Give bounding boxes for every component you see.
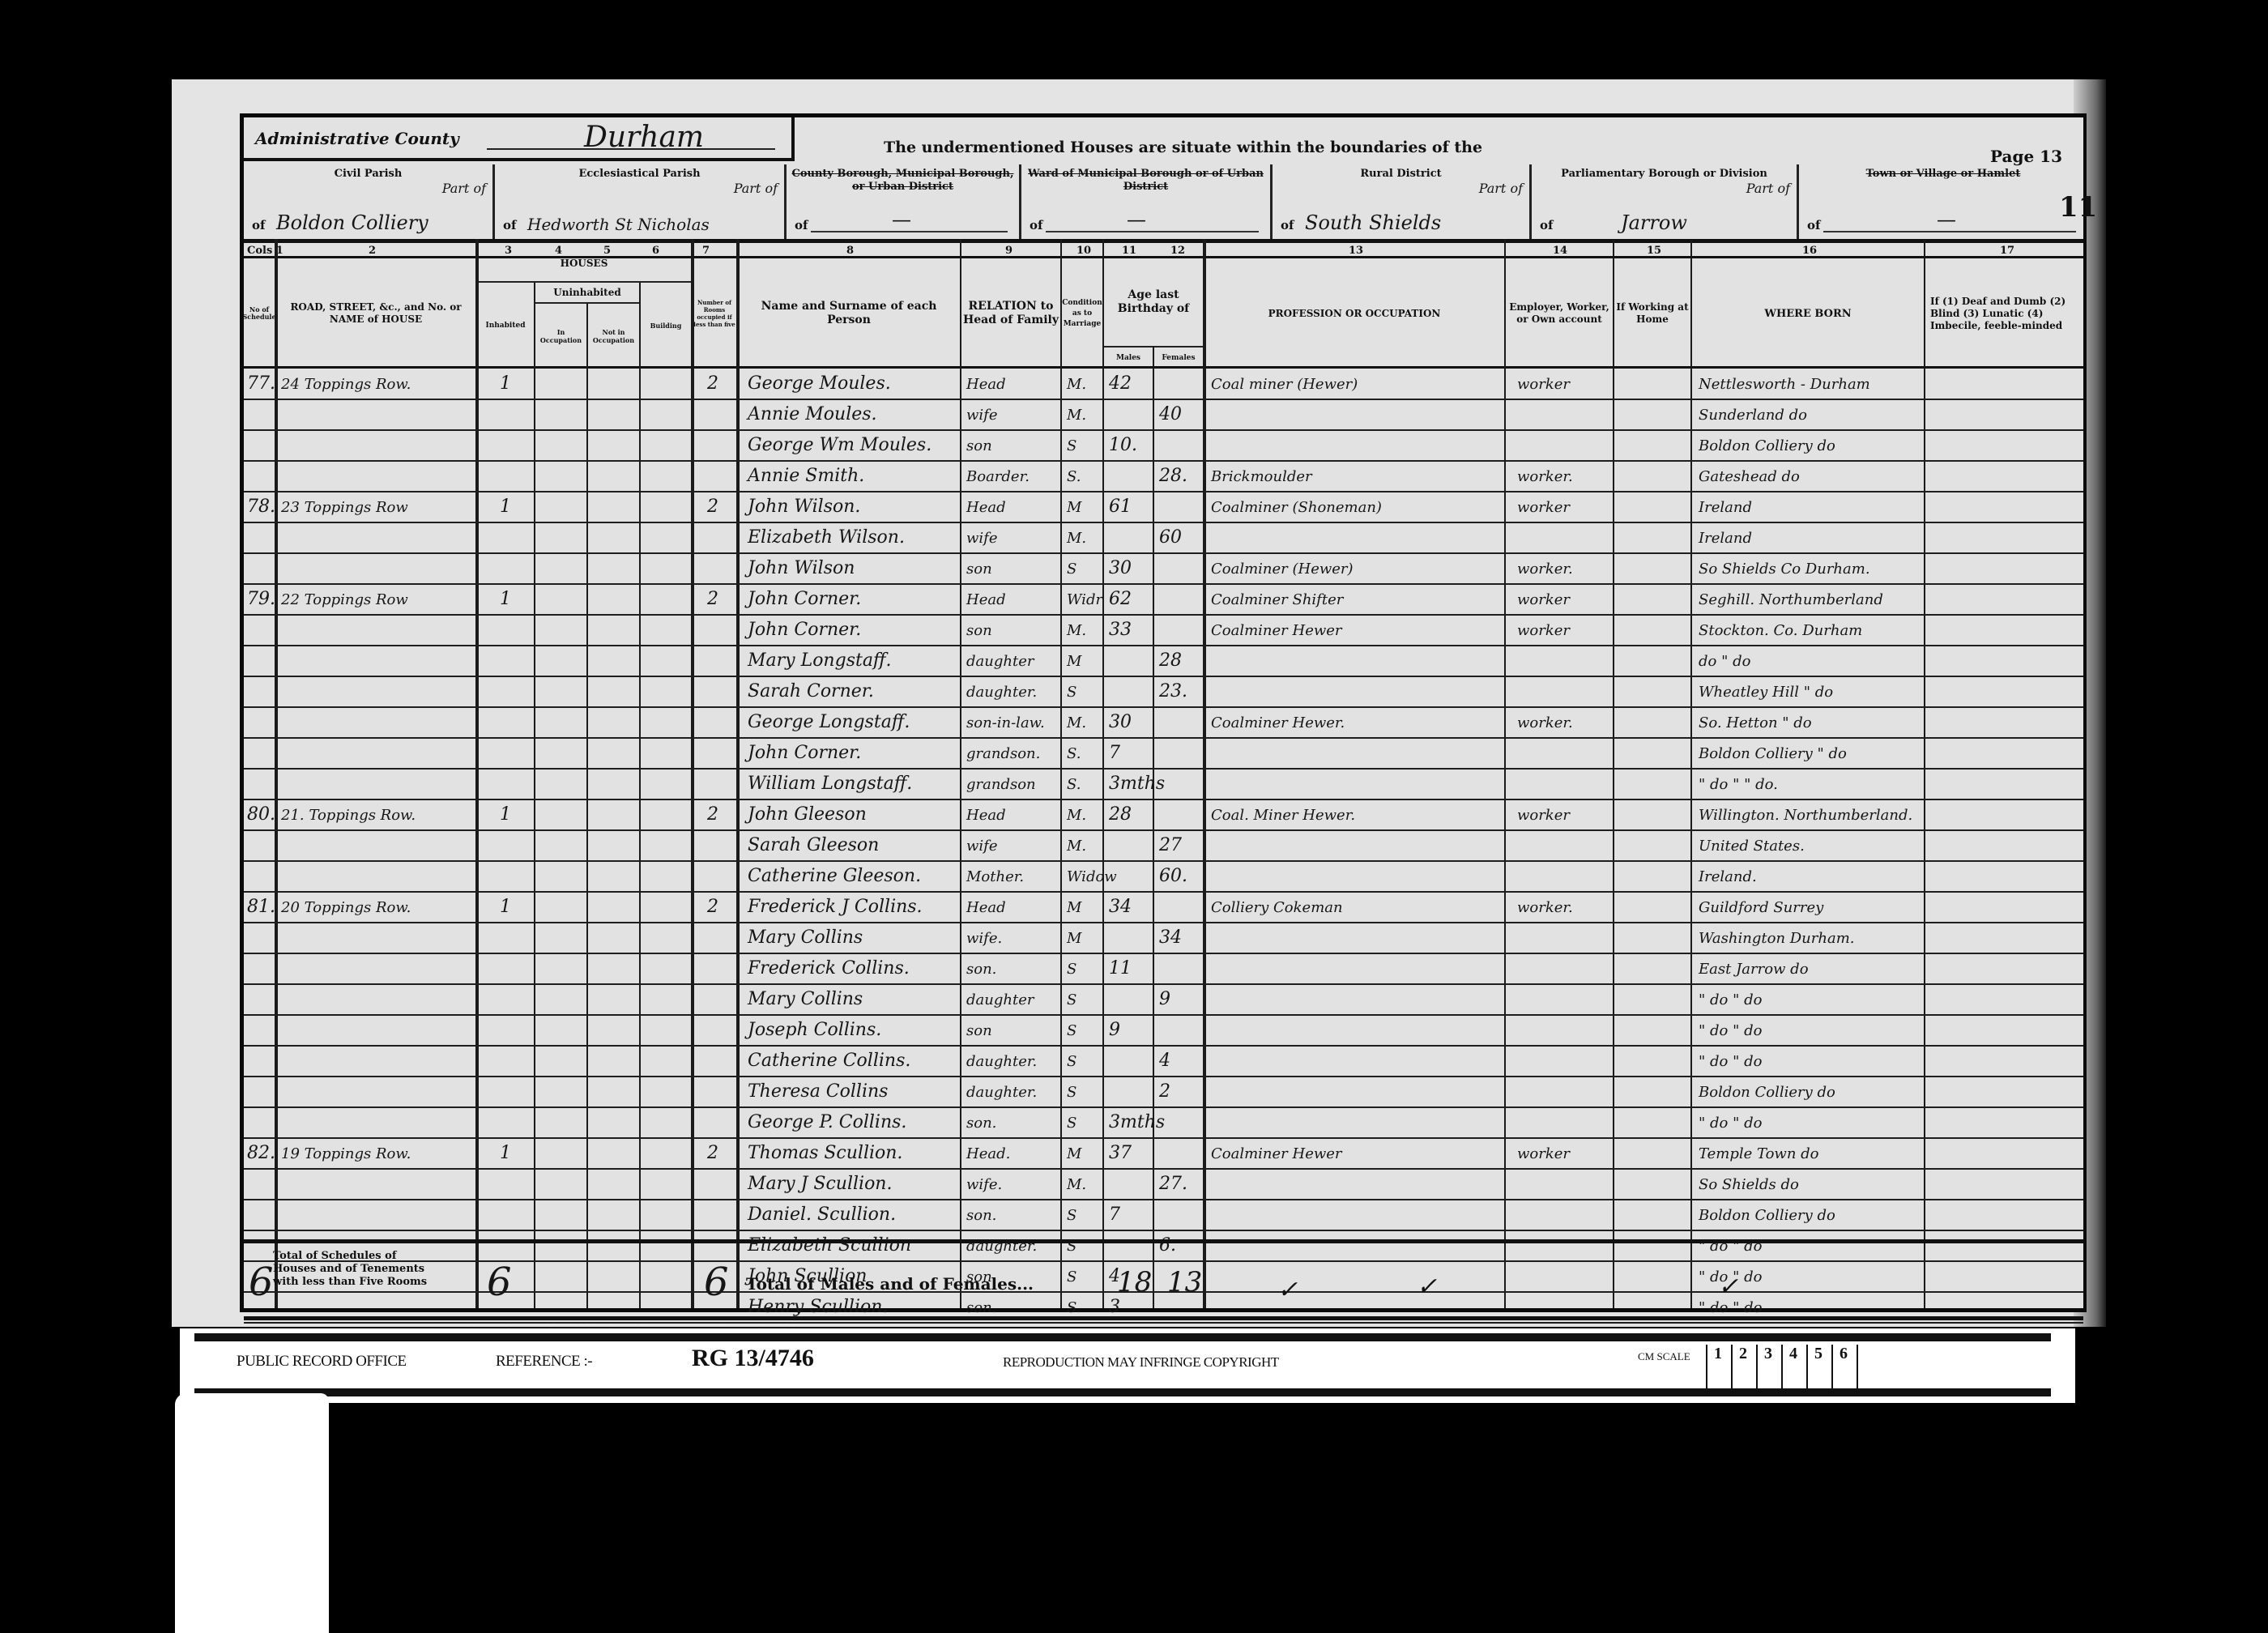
col-rooms: Number of Rooms occupied if less than fi… xyxy=(693,258,738,369)
cell-condition: S xyxy=(1067,991,1076,1008)
cell-condition: M. xyxy=(1067,407,1086,424)
cell-employer: worker. xyxy=(1517,899,1573,916)
cell-occupation: Coalminer Hewer. xyxy=(1211,714,1345,731)
table-row: Mary CollinsdaughterS9" do " do xyxy=(244,984,2083,1016)
column-number: 16 xyxy=(1802,245,1817,257)
cell-relation: daughter. xyxy=(966,1053,1037,1070)
check-mark: ✓ xyxy=(1277,1276,1298,1304)
column-numbers: Cols 1234567891011121314151617 xyxy=(244,239,2083,258)
column-number: 12 xyxy=(1170,245,1185,257)
cell-relation: son-in-law. xyxy=(966,714,1045,731)
scale-mark: 5 xyxy=(1806,1345,1831,1388)
cell-relation: Head xyxy=(966,807,1006,824)
scale-mark: 4 xyxy=(1781,1345,1806,1388)
cell-name: Thomas Scullion. xyxy=(748,1143,902,1163)
cell-condition: S xyxy=(1067,684,1076,701)
cell-employer: worker xyxy=(1517,807,1570,824)
cell-name: Frederick J Collins. xyxy=(748,897,923,917)
cell-relation: wife. xyxy=(966,1176,1002,1193)
cell-male-age: 10. xyxy=(1109,435,1137,455)
rooms-total: 6 xyxy=(704,1260,729,1305)
table-row: Mary J Scullion.wife.M.27.So Shields do xyxy=(244,1169,2083,1200)
cell-occupation: Coalminer Hewer xyxy=(1211,622,1342,639)
form-header: Administrative County Durham The underme… xyxy=(244,117,2083,239)
cell-relation: Head xyxy=(966,376,1006,393)
cell-name: William Longstaff. xyxy=(748,774,912,794)
totals-row: 6 Total of Schedules of Houses and of Te… xyxy=(244,1239,2083,1320)
col-inhabited: Inhabited xyxy=(477,283,535,369)
cm-scale-label: CM SCALE xyxy=(1638,1351,1690,1362)
cell-condition: S. xyxy=(1067,745,1081,762)
column-number: 15 xyxy=(1647,245,1661,257)
cell-female-age: 60. xyxy=(1159,866,1187,886)
column-number: 5 xyxy=(603,245,611,257)
cell-occupation: Colliery Cokeman xyxy=(1211,899,1343,916)
table-row: John Corner.grandson.S.7Boldon Colliery … xyxy=(244,738,2083,770)
table-row: Catherine Gleeson.Mother.Widow60.Ireland… xyxy=(244,861,2083,893)
table-row: Mary Collinswife.M34Washington Durham. xyxy=(244,923,2083,954)
col-males: Males xyxy=(1104,346,1154,369)
table-row: 79.22 Toppings Row12John Corner.HeadWidr… xyxy=(244,584,2083,616)
cell-born: So Shields do xyxy=(1699,1176,1799,1193)
cell-born: Wheatley Hill " do xyxy=(1699,684,1833,701)
cell-name: George Wm Moules. xyxy=(748,435,932,455)
cell-occupation: Coalminer Shifter xyxy=(1211,591,1343,608)
scale-mark: 1 xyxy=(1706,1345,1731,1388)
cell-female-age: 34 xyxy=(1159,927,1182,948)
col-age: Age last Birthday of xyxy=(1104,258,1204,346)
cell-male-age: 3mths xyxy=(1109,774,1165,794)
cell-female-age: 28. xyxy=(1159,466,1187,486)
column-number: Cols 1 xyxy=(247,245,283,257)
cell-name: Mary Collins xyxy=(748,989,863,1009)
cell-male-age: 42 xyxy=(1109,373,1132,394)
table-row: George Longstaff.son-in-law.M.30Coalmine… xyxy=(244,707,2083,739)
table-row: Frederick Collins.son.S11East Jarrow do xyxy=(244,953,2083,985)
table-row: 78.23 Toppings Row12John Wilson.HeadM61C… xyxy=(244,492,2083,523)
cell-rooms: 2 xyxy=(707,1143,718,1163)
cell-male-age: 11 xyxy=(1109,958,1132,979)
cell-name: Frederick Collins. xyxy=(748,958,910,979)
col-at-home: If Working at Home xyxy=(1614,258,1692,369)
cell-address: 20 Toppings Row. xyxy=(281,899,411,916)
cell-inhabited: 1 xyxy=(500,1143,511,1163)
cell-inhabited: 1 xyxy=(500,804,511,825)
cell-relation: Head xyxy=(966,591,1006,608)
cell-condition: M. xyxy=(1067,714,1086,731)
cell-condition: S xyxy=(1067,437,1076,454)
census-form: Administrative County Durham The underme… xyxy=(240,113,2087,1312)
admin-county-box: Administrative County Durham xyxy=(244,117,795,161)
cell-name: John Wilson. xyxy=(748,497,860,517)
civil-parish-field: Civil Parish Part of of Boldon Colliery xyxy=(244,164,495,239)
archive-office: PUBLIC RECORD OFFICE xyxy=(237,1353,407,1371)
cell-employer: worker. xyxy=(1517,561,1573,578)
cell-relation: Head xyxy=(966,499,1006,516)
cell-born: Gateshead do xyxy=(1699,468,1800,485)
admin-county-value: Durham xyxy=(584,121,704,154)
table-row: John WilsonsonS30Coalminer (Hewer)worker… xyxy=(244,553,2083,585)
cell-born: East Jarrow do xyxy=(1699,961,1809,978)
cell-name: George Moules. xyxy=(748,373,891,394)
cell-born: " do " do xyxy=(1699,1115,1762,1132)
cell-male-age: 28 xyxy=(1109,804,1132,825)
schedules-total: 6 xyxy=(249,1260,274,1305)
cell-relation: Head xyxy=(966,899,1006,916)
column-headers: No of Schedule ROAD, STREET, &c., and No… xyxy=(244,258,2083,369)
col-infirmity: If (1) Deaf and Dumb (2) Blind (3) Lunat… xyxy=(1925,258,2087,369)
cell-condition: M xyxy=(1067,1145,1081,1162)
cell-employer: worker xyxy=(1517,499,1570,516)
cell-relation: wife xyxy=(966,407,997,424)
cell-born: Boldon Colliery do xyxy=(1699,1207,1835,1224)
cell-occupation: Coalminer Hewer xyxy=(1211,1145,1342,1162)
cell-born: Ireland xyxy=(1699,530,1752,547)
cell-relation: wife. xyxy=(966,930,1002,947)
cell-male-age: 33 xyxy=(1109,620,1132,640)
table-row: Sarah GleesonwifeM.27United States. xyxy=(244,830,2083,862)
col-employer: Employer, Worker, or Own account xyxy=(1506,258,1614,369)
cell-name: Catherine Gleeson. xyxy=(748,866,921,886)
cell-born: Sunderland do xyxy=(1699,407,1807,424)
county-borough-field: County Borough, Municipal Borough, or Ur… xyxy=(787,164,1021,239)
cell-born: Washington Durham. xyxy=(1699,930,1855,947)
cell-inhabited: 1 xyxy=(500,897,511,917)
cell-condition: M xyxy=(1067,499,1081,516)
cell-occupation: Coal. Miner Hewer. xyxy=(1211,807,1355,824)
column-number: 2 xyxy=(369,245,376,257)
col-in-occupation: In Occupation xyxy=(535,304,588,369)
cell-employer: worker xyxy=(1517,376,1570,393)
table-row: Joseph Collins.sonS9" do " do xyxy=(244,1015,2083,1047)
cell-condition: Widow xyxy=(1067,868,1117,885)
cell-condition: M. xyxy=(1067,1176,1086,1193)
cell-female-age: 23. xyxy=(1159,681,1187,701)
cell-rooms: 2 xyxy=(707,497,718,517)
cell-inhabited: 1 xyxy=(500,373,511,394)
cell-born: Willington. Northumberland. xyxy=(1699,807,1912,824)
cell-condition: S xyxy=(1067,1084,1076,1101)
table-row: Daniel. Scullion.son.S7Boldon Colliery d… xyxy=(244,1200,2083,1231)
reference-label: REFERENCE :- xyxy=(496,1353,592,1371)
cell-employer: worker xyxy=(1517,591,1570,608)
cell-born: " do " do xyxy=(1699,1022,1762,1039)
table-row: Catherine Collins.daughter.S4" do " do xyxy=(244,1046,2083,1077)
cell-schedule: 79. xyxy=(247,589,275,609)
cell-born: Boldon Colliery do xyxy=(1699,1084,1835,1101)
cell-employer: worker xyxy=(1517,622,1570,639)
cell-born: " do " do xyxy=(1699,991,1762,1008)
cell-relation: grandson. xyxy=(966,745,1040,762)
folio-number: 11 xyxy=(2059,191,2097,224)
cell-born: Ireland xyxy=(1699,499,1752,516)
cell-employer: worker xyxy=(1517,1145,1570,1162)
scale-mark: 2 xyxy=(1731,1345,1756,1388)
cell-name: Sarah Corner. xyxy=(748,681,874,701)
cell-male-age: 61 xyxy=(1109,497,1132,517)
cell-relation: son. xyxy=(966,1115,996,1132)
scale-mark: 6 xyxy=(1831,1345,1857,1388)
table-row: Mary Longstaff.daughterM28do " do xyxy=(244,646,2083,677)
table-row: William Longstaff.grandsonS.3mths" do " … xyxy=(244,769,2083,800)
cell-female-age: 9 xyxy=(1159,989,1170,1009)
cell-born: Temple Town do xyxy=(1699,1145,1819,1162)
cell-relation: Head. xyxy=(966,1145,1010,1162)
cell-employer: worker. xyxy=(1517,468,1573,485)
table-row: Annie Smith.Boarder.S.28.Brickmoulderwor… xyxy=(244,461,2083,492)
page-number: Page 13 xyxy=(1990,147,2062,166)
cell-address: 23 Toppings Row xyxy=(281,499,408,516)
cell-address: 22 Toppings Row xyxy=(281,591,408,608)
cell-female-age: 28 xyxy=(1159,650,1182,671)
cell-employer: worker. xyxy=(1517,714,1573,731)
table-row: George Wm Moules.sonS10.Boldon Colliery … xyxy=(244,430,2083,462)
cell-address: 19 Toppings Row. xyxy=(281,1145,411,1162)
cell-female-age: 40 xyxy=(1159,404,1182,424)
cell-condition: S xyxy=(1067,1053,1076,1070)
inhabited-total: 6 xyxy=(487,1260,512,1305)
rural-district-field: Rural District Part of of South Shields xyxy=(1273,164,1532,239)
col-road: ROAD, STREET, &c., and No. or NAME of HO… xyxy=(276,258,477,369)
table-row: Elizabeth Wilson.wifeM.60Ireland xyxy=(244,522,2083,554)
cell-condition: S xyxy=(1067,1115,1076,1132)
cell-male-age: 30 xyxy=(1109,558,1132,578)
cell-schedule: 81. xyxy=(247,897,275,917)
cell-born: Boldon Colliery do xyxy=(1699,437,1835,454)
cell-born: do " do xyxy=(1699,653,1750,670)
cell-born: " do " " do. xyxy=(1699,776,1778,793)
cell-condition: M. xyxy=(1067,622,1086,639)
cell-condition: S. xyxy=(1067,468,1081,485)
cell-name: Daniel. Scullion. xyxy=(748,1204,896,1225)
column-number: 10 xyxy=(1076,245,1091,257)
col-building: Building xyxy=(641,283,693,369)
cell-relation: wife xyxy=(966,530,997,547)
civil-parish-value: Boldon Colliery xyxy=(276,211,428,234)
scale-mark-end xyxy=(1857,1345,1882,1388)
reference-value: RG 13/4746 xyxy=(692,1345,814,1372)
cell-relation: daughter xyxy=(966,653,1034,670)
table-row: 82.19 Toppings Row.12Thomas Scullion.Hea… xyxy=(244,1138,2083,1170)
table-row: 81.20 Toppings Row.12Frederick J Collins… xyxy=(244,892,2083,923)
cell-relation: son xyxy=(966,1022,992,1039)
cell-relation: grandson xyxy=(966,776,1036,793)
check-mark: ✓ xyxy=(1417,1273,1437,1301)
column-number: 8 xyxy=(846,245,854,257)
cell-schedule: 80. xyxy=(247,804,275,825)
cell-name: George P. Collins. xyxy=(748,1112,906,1132)
cell-male-age: 34 xyxy=(1109,897,1132,917)
cell-name: Catherine Collins. xyxy=(748,1051,910,1071)
cell-name: Joseph Collins. xyxy=(748,1020,881,1040)
cell-relation: Mother. xyxy=(966,868,1024,885)
table-row: 77.24 Toppings Row.12George Moules.HeadM… xyxy=(244,369,2083,400)
cell-name: Sarah Gleeson xyxy=(748,835,879,855)
column-number: 17 xyxy=(2000,245,2014,257)
column-number: 7 xyxy=(702,245,710,257)
col-condition: Condition as to Marriage xyxy=(1062,258,1104,369)
cell-relation: son xyxy=(966,437,992,454)
cell-born: Boldon Colliery " do xyxy=(1699,745,1847,762)
cell-relation: son. xyxy=(966,1207,996,1224)
col-where-born: WHERE BORN xyxy=(1692,258,1925,369)
cell-rooms: 2 xyxy=(707,804,718,825)
cell-rooms: 2 xyxy=(707,589,718,609)
parliamentary-division-value: Jarrow xyxy=(1621,211,1687,234)
cell-occupation: Coalminer (Shoneman) xyxy=(1211,499,1382,516)
parliamentary-division-field: Parliamentary Borough or Division Part o… xyxy=(1532,164,1799,239)
paper-tab xyxy=(175,1393,329,1633)
cell-male-age: 7 xyxy=(1109,743,1120,763)
column-number: 14 xyxy=(1553,245,1567,257)
scale-mark: 3 xyxy=(1756,1345,1781,1388)
column-number: 9 xyxy=(1005,245,1013,257)
town-field: Town or Village or Hamlet of — xyxy=(1799,164,2087,239)
cell-condition: Widr xyxy=(1067,591,1102,608)
cell-female-age: 60 xyxy=(1159,527,1182,548)
cell-name: Annie Moules. xyxy=(748,404,877,424)
cell-occupation: Brickmoulder xyxy=(1211,468,1312,485)
cell-relation: wife xyxy=(966,838,997,855)
cell-name: John Gleeson xyxy=(748,804,867,825)
cell-address: 21. Toppings Row. xyxy=(281,807,416,824)
cell-condition: M. xyxy=(1067,838,1086,855)
cell-born: Nettlesworth - Durham xyxy=(1699,376,1870,393)
column-number: 11 xyxy=(1122,245,1136,257)
cell-address: 24 Toppings Row. xyxy=(281,376,411,393)
schedules-total-label: Total of Schedules of Houses and of Tene… xyxy=(273,1250,443,1289)
cell-relation: son. xyxy=(966,961,996,978)
cell-born: United States. xyxy=(1699,838,1805,855)
cell-condition: S xyxy=(1067,961,1076,978)
cell-name: Theresa Collins xyxy=(748,1081,888,1102)
cell-name: John Corner. xyxy=(748,589,861,609)
col-schedule: No of Schedule xyxy=(244,258,276,369)
cell-born: Guildford Surrey xyxy=(1699,899,1823,916)
cell-name: Annie Smith. xyxy=(748,466,864,486)
ward-field: Ward of Municipal Borough or of Urban Di… xyxy=(1021,164,1273,239)
cell-male-age: 62 xyxy=(1109,589,1132,609)
cell-name: John Corner. xyxy=(748,620,861,640)
cell-born: Ireland. xyxy=(1699,868,1757,885)
cell-name: Mary Collins xyxy=(748,927,863,948)
cell-name: John Wilson xyxy=(748,558,855,578)
cell-male-age: 3mths xyxy=(1109,1112,1165,1132)
col-uninhabited: Uninhabited xyxy=(535,283,641,304)
col-occupation: PROFESSION OR OCCUPATION xyxy=(1204,258,1506,369)
females-total: 13 xyxy=(1167,1266,1202,1298)
cell-condition: M xyxy=(1067,899,1081,916)
cell-inhabited: 1 xyxy=(500,497,511,517)
cell-male-age: 30 xyxy=(1109,712,1132,732)
table-row: Annie Moules.wifeM.40Sunderland do xyxy=(244,399,2083,431)
males-total: 18 xyxy=(1117,1266,1152,1298)
archive-reference-strip: PUBLIC RECORD OFFICE REFERENCE :- RG 13/… xyxy=(180,1328,2075,1403)
cell-condition: S xyxy=(1067,561,1076,578)
cell-born: So. Hetton " do xyxy=(1699,714,1812,731)
cell-condition: M. xyxy=(1067,376,1086,393)
cell-rooms: 2 xyxy=(707,373,718,394)
boundary-text: The undermentioned Houses are situate wi… xyxy=(884,139,1482,156)
rural-district-value: South Shields xyxy=(1305,211,1441,234)
cell-male-age: 7 xyxy=(1109,1204,1120,1225)
cell-female-age: 2 xyxy=(1159,1081,1170,1102)
cell-relation: son xyxy=(966,561,992,578)
cell-condition: S xyxy=(1067,1207,1076,1224)
column-number: 3 xyxy=(505,245,512,257)
check-mark: ✓ xyxy=(1718,1273,1738,1301)
cell-born: Seghill. Northumberland xyxy=(1699,591,1883,608)
cell-condition: S. xyxy=(1067,776,1081,793)
cell-condition: S xyxy=(1067,1022,1076,1039)
cell-condition: M xyxy=(1067,653,1081,670)
males-females-label: Total of Males and of Females... xyxy=(746,1274,1034,1294)
col-name: Name and Surname of each Person xyxy=(738,258,961,369)
cell-schedule: 82. xyxy=(247,1143,275,1163)
table-row: Theresa Collinsdaughter.S2Boldon Collier… xyxy=(244,1077,2083,1108)
cell-born: " do " do xyxy=(1699,1053,1762,1070)
column-number: 13 xyxy=(1349,245,1363,257)
table-row: George P. Collins.son.S3mths" do " do xyxy=(244,1107,2083,1139)
copyright-notice: REPRODUCTION MAY INFRINGE COPYRIGHT xyxy=(1003,1354,1279,1371)
cell-female-age: 27 xyxy=(1159,835,1182,855)
cell-relation: Boarder. xyxy=(966,468,1030,485)
cell-female-age: 27. xyxy=(1159,1174,1187,1194)
table-row: Sarah Corner.daughter.S23.Wheatley Hill … xyxy=(244,676,2083,708)
cell-schedule: 78. xyxy=(247,497,275,517)
cell-condition: M xyxy=(1067,930,1081,947)
cell-relation: son xyxy=(966,622,992,639)
cell-born: Stockton. Co. Durham xyxy=(1699,622,1862,639)
cell-relation: daughter xyxy=(966,991,1034,1008)
cell-schedule: 77. xyxy=(247,373,275,394)
ecclesiastical-parish-field: Ecclesiastical Parish Part of of Hedwort… xyxy=(495,164,787,239)
cell-name: John Corner. xyxy=(748,743,861,763)
col-relation: RELATION to Head of Family xyxy=(961,258,1062,369)
cell-male-age: 37 xyxy=(1109,1143,1132,1163)
col-females: Females xyxy=(1154,346,1204,369)
cell-name: Elizabeth Wilson. xyxy=(748,527,905,548)
cell-inhabited: 1 xyxy=(500,589,511,609)
cell-female-age: 4 xyxy=(1159,1051,1170,1071)
cell-occupation: Coal miner (Hewer) xyxy=(1211,376,1358,393)
cell-condition: M. xyxy=(1067,807,1086,824)
cell-male-age: 9 xyxy=(1109,1020,1120,1040)
column-number: 6 xyxy=(652,245,659,257)
cell-name: George Longstaff. xyxy=(748,712,910,732)
cell-name: Mary Longstaff. xyxy=(748,650,892,671)
cell-relation: daughter. xyxy=(966,684,1037,701)
cell-born: So Shields Co Durham. xyxy=(1699,561,1870,578)
table-row: John Corner.sonM.33Coalminer Hewerworker… xyxy=(244,615,2083,646)
ecclesiastical-parish-value: Hedworth St Nicholas xyxy=(527,215,710,234)
cell-name: Mary J Scullion. xyxy=(748,1174,892,1194)
cell-relation: daughter. xyxy=(966,1084,1037,1101)
cell-rooms: 2 xyxy=(707,897,718,917)
col-not-in-occupation: Not in Occupation xyxy=(588,304,641,369)
col-houses: HOUSES xyxy=(477,258,693,283)
table-row: 80.21. Toppings Row.12John GleesonHeadM.… xyxy=(244,799,2083,831)
admin-county-label: Administrative County xyxy=(255,129,459,148)
cell-occupation: Coalminer (Hewer) xyxy=(1211,561,1354,578)
column-number: 4 xyxy=(555,245,562,257)
cell-condition: M. xyxy=(1067,530,1086,547)
